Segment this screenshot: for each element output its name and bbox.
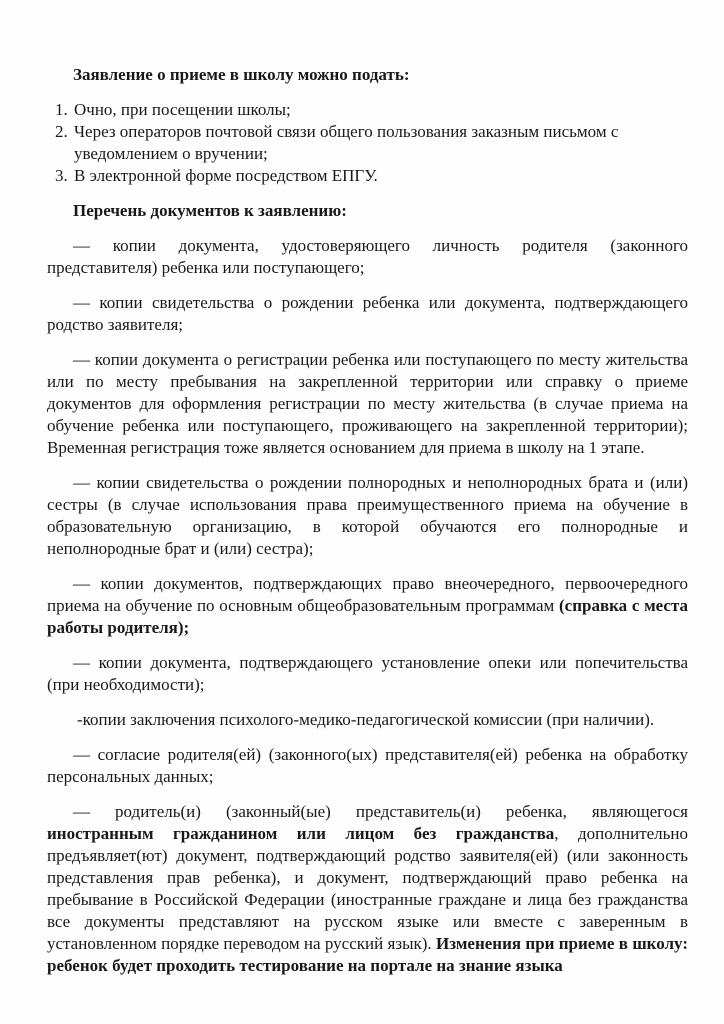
paragraph-birth-certificate: — копии свидетельства о рождении ребенка… — [47, 292, 688, 336]
paragraph-pmpk-conclusion: -копии заключения психолого-медико-педаг… — [47, 709, 688, 731]
text-run: — копии документа, подтверждающего устан… — [47, 653, 688, 694]
document-page: Заявление о приеме в школу можно подать:… — [0, 0, 724, 1024]
text-run: — родитель(и) (законный(ые) представител… — [73, 802, 688, 821]
text-run: — копии документа о регистрации ребенка … — [47, 350, 688, 457]
text-run: — копии документа, удостоверяющего лично… — [47, 236, 688, 277]
text-run: — копии свидетельства о рождении полноро… — [47, 473, 688, 558]
text-run: — согласие родителя(ей) (законного(ых) п… — [47, 745, 688, 786]
paragraph-guardianship-document: — копии документа, подтверждающего устан… — [47, 652, 688, 696]
paragraph-personal-data-consent: — согласие родителя(ей) (законного(ых) п… — [47, 744, 688, 788]
application-methods-list: Очно, при посещении школы; Через операто… — [47, 99, 688, 187]
paragraph-siblings-certificates: — копии свидетельства о рождении полноро… — [47, 472, 688, 560]
application-method-item: В электронной форме посредством ЕПГУ. — [72, 165, 688, 187]
paragraph-foreign-citizens: — родитель(и) (законный(ые) представител… — [47, 801, 688, 977]
bold-text-run: иностранным гражданином или лицом без гр… — [47, 824, 554, 843]
heading-documents-list: Перечень документов к заявлению: — [47, 200, 688, 222]
paragraph-identity-document: — копии документа, удостоверяющего лично… — [47, 235, 688, 279]
paragraph-registration-document: — копии документа о регистрации ребенка … — [47, 349, 688, 459]
application-method-item: Через операторов почтовой связи общего п… — [72, 121, 688, 165]
document-content: Заявление о приеме в школу можно подать:… — [0, 0, 724, 977]
application-method-item: Очно, при посещении школы; — [72, 99, 688, 121]
text-run: — копии свидетельства о рождении ребенка… — [47, 293, 688, 334]
paragraph-priority-admission: — копии документов, подтверждающих право… — [47, 573, 688, 639]
heading-application-methods: Заявление о приеме в школу можно подать: — [47, 64, 688, 86]
text-run: -копии заключения психолого-медико-педаг… — [77, 710, 654, 729]
